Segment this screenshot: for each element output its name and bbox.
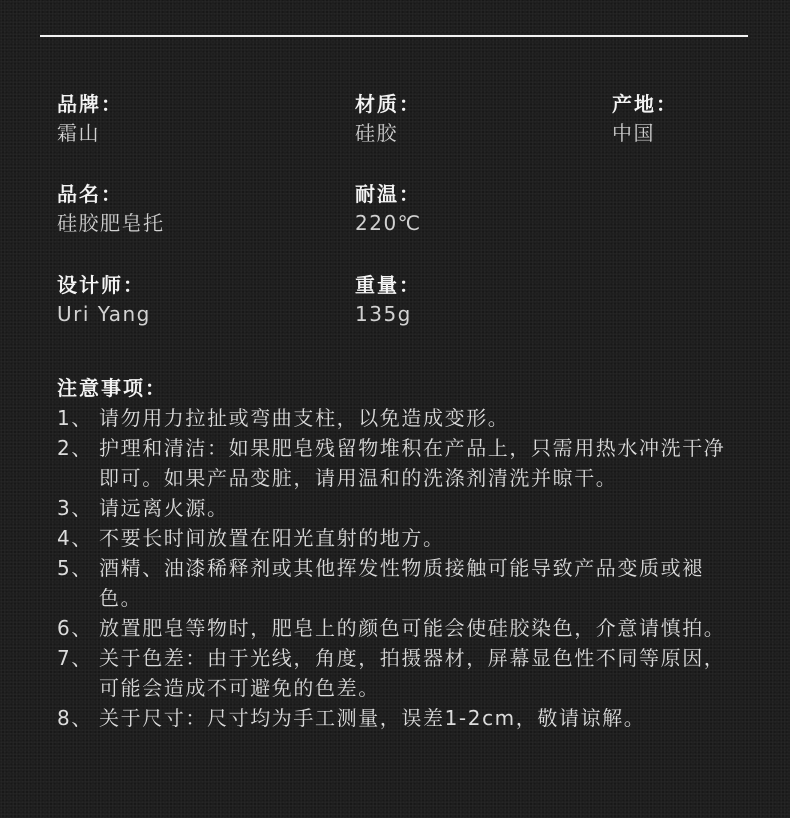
- spec-product: 品名： 硅胶肥皂托: [57, 180, 165, 238]
- note-text: 不要长时间放置在阳光直射的地方。: [99, 523, 737, 553]
- notes-title: 注意事项：: [57, 373, 737, 403]
- note-item: 7、 关于色差：由于光线，角度，拍摄器材，屏幕显色性不同等原因，可能会造成不可避…: [57, 643, 737, 703]
- spec-origin-value: 中国: [612, 118, 678, 148]
- note-item: 4、 不要长时间放置在阳光直射的地方。: [57, 523, 737, 553]
- note-number: 5、: [57, 553, 99, 613]
- spec-origin: 产地： 中国: [612, 90, 678, 148]
- spec-product-label: 品名：: [57, 180, 165, 208]
- note-item: 1、 请勿用力拉扯或弯曲支柱，以免造成变形。: [57, 403, 737, 433]
- spec-designer: 设计师： Uri Yang: [57, 271, 151, 329]
- note-text: 放置肥皂等物时，肥皂上的颜色可能会使硅胶染色，介意请慎拍。: [99, 613, 737, 643]
- note-item: 5、 酒精、油漆稀释剂或其他挥发性物质接触可能导致产品变质或褪色。: [57, 553, 737, 613]
- spec-designer-label: 设计师：: [57, 271, 151, 299]
- note-number: 8、: [57, 703, 99, 733]
- note-number: 4、: [57, 523, 99, 553]
- note-item: 3、 请远离火源。: [57, 493, 737, 523]
- spec-brand: 品牌： 霜山: [57, 90, 123, 148]
- spec-material-label: 材质：: [355, 90, 421, 118]
- note-text: 请远离火源。: [99, 493, 737, 523]
- spec-material-value: 硅胶: [355, 118, 421, 148]
- note-text: 酒精、油漆稀释剂或其他挥发性物质接触可能导致产品变质或褪色。: [99, 553, 737, 613]
- spec-weight-label: 重量：: [355, 271, 421, 299]
- note-text: 关于尺寸：尺寸均为手工测量，误差1-2cm，敬请谅解。: [99, 703, 737, 733]
- spec-product-value: 硅胶肥皂托: [57, 208, 165, 238]
- spec-weight-value: 135g: [355, 299, 421, 329]
- spec-heat-label: 耐温：: [355, 180, 422, 208]
- spec-origin-label: 产地：: [612, 90, 678, 118]
- spec-weight: 重量： 135g: [355, 271, 421, 329]
- note-item: 2、 护理和清洁：如果肥皂残留物堆积在产品上，只需用热水冲洗干净即可。如果产品变…: [57, 433, 737, 493]
- top-divider: [40, 35, 748, 37]
- note-number: 2、: [57, 433, 99, 493]
- spec-material: 材质： 硅胶: [355, 90, 421, 148]
- note-number: 7、: [57, 643, 99, 703]
- spec-heat-value: 220℃: [355, 208, 422, 238]
- spec-brand-value: 霜山: [57, 118, 123, 148]
- note-number: 6、: [57, 613, 99, 643]
- note-item: 6、 放置肥皂等物时，肥皂上的颜色可能会使硅胶染色，介意请慎拍。: [57, 613, 737, 643]
- note-number: 1、: [57, 403, 99, 433]
- spec-heat: 耐温： 220℃: [355, 180, 422, 238]
- note-text: 护理和清洁：如果肥皂残留物堆积在产品上，只需用热水冲洗干净即可。如果产品变脏，请…: [99, 433, 737, 493]
- note-item: 8、 关于尺寸：尺寸均为手工测量，误差1-2cm，敬请谅解。: [57, 703, 737, 733]
- note-text: 关于色差：由于光线，角度，拍摄器材，屏幕显色性不同等原因，可能会造成不可避免的色…: [99, 643, 737, 703]
- spec-brand-label: 品牌：: [57, 90, 123, 118]
- note-number: 3、: [57, 493, 99, 523]
- spec-designer-value: Uri Yang: [57, 299, 151, 329]
- notes-section: 注意事项： 1、 请勿用力拉扯或弯曲支柱，以免造成变形。 2、 护理和清洁：如果…: [57, 373, 737, 733]
- note-text: 请勿用力拉扯或弯曲支柱，以免造成变形。: [99, 403, 737, 433]
